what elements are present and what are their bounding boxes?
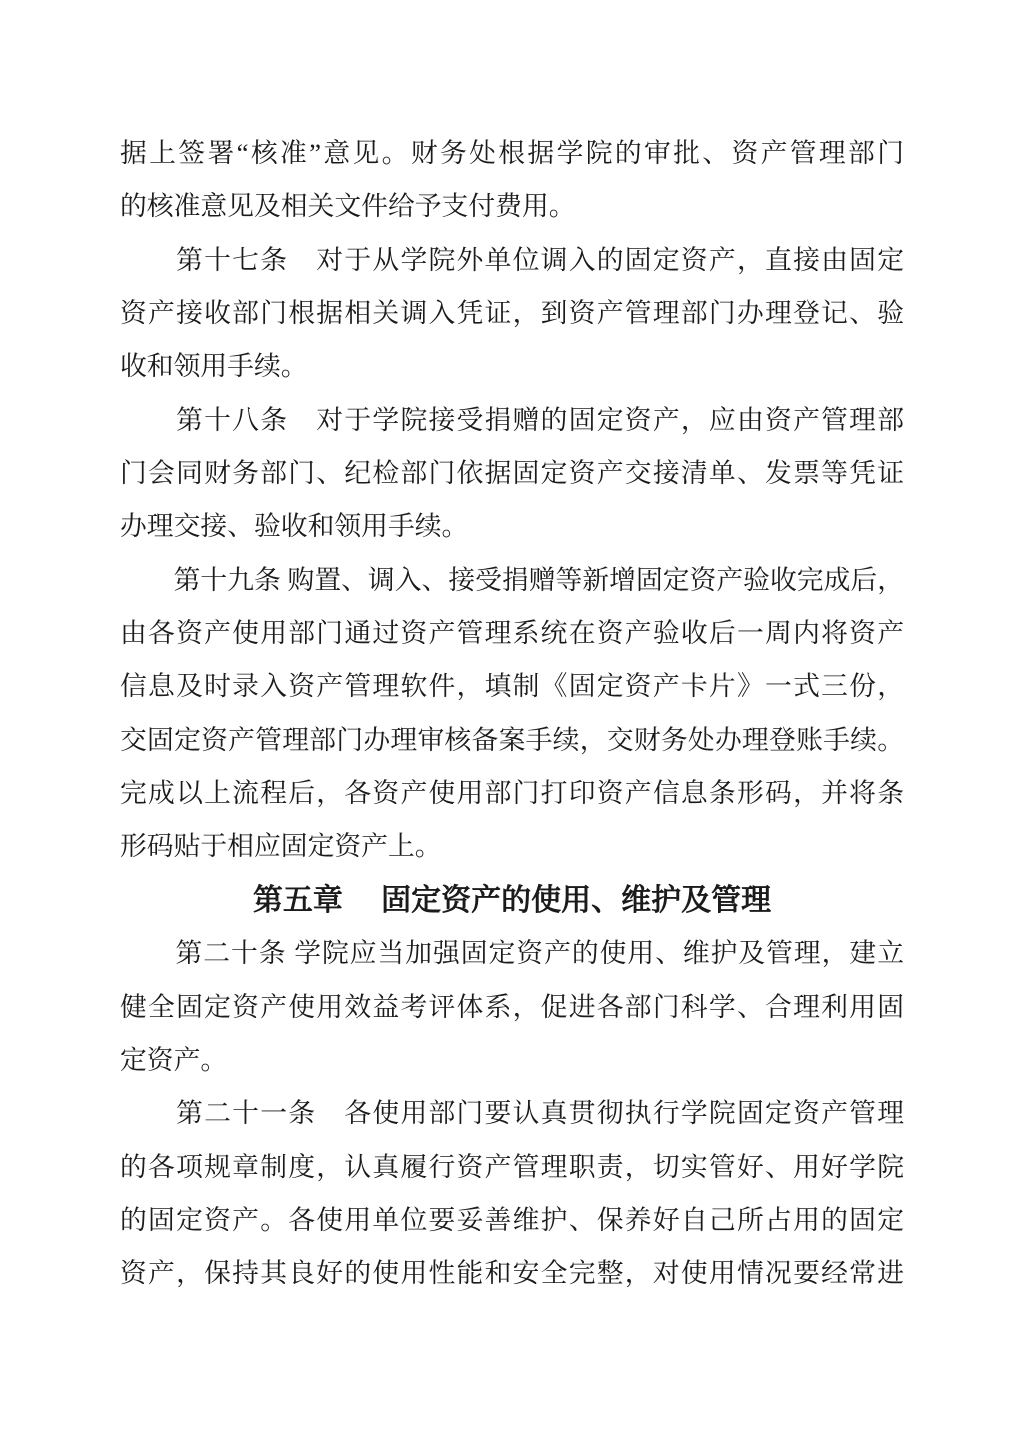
text-line: 办理交接、验收和领用手续。 — [120, 500, 904, 553]
text-line: 第十九条 购置、调入、接受捐赠等新增固定资产验收完成后， — [120, 554, 904, 607]
document-text-block: 据上签署“核准”意见。财务处根据学院的审批、资产管理部门 的核准意见及相关文件给… — [120, 127, 904, 1301]
text-line: 第二十条 学院应当加强固定资产的使用、维护及管理，建立 — [120, 927, 904, 980]
text-line: 门会同财务部门、纪检部门依据固定资产交接清单、发票等凭证 — [120, 447, 904, 500]
text-line: 健全固定资产使用效益考评体系，促进各部门科学、合理利用固 — [120, 981, 904, 1034]
text-line: 第十八条 对于学院接受捐赠的固定资产，应由资产管理部 — [120, 394, 904, 447]
text-line: 由各资产使用部门通过资产管理系统在资产验收后一周内将资产 — [120, 607, 904, 660]
text-line: 的核准意见及相关文件给予支付费用。 — [120, 180, 904, 233]
document-page: 据上签署“核准”意见。财务处根据学院的审批、资产管理部门 的核准意见及相关文件给… — [0, 0, 1024, 1448]
text-line: 资产，保持其良好的使用性能和安全完整，对使用情况要经常进 — [120, 1247, 904, 1300]
text-line: 形码贴于相应固定资产上。 — [120, 820, 904, 873]
text-line: 据上签署“核准”意见。财务处根据学院的审批、资产管理部门 — [120, 127, 904, 180]
text-line: 第二十一条 各使用部门要认真贯彻执行学院固定资产管理 — [120, 1087, 904, 1140]
text-line: 收和领用手续。 — [120, 340, 904, 393]
text-line: 资产接收部门根据相关调入凭证，到资产管理部门办理登记、验 — [120, 287, 904, 340]
text-line: 完成以上流程后，各资产使用部门打印资产信息条形码，并将条 — [120, 767, 904, 820]
text-line: 的固定资产。各使用单位要妥善维护、保养好自己所占用的固定 — [120, 1194, 904, 1247]
text-line: 交固定资产管理部门办理审核备案手续，交财务处办理登账手续。 — [120, 714, 904, 767]
chapter-heading: 第五章 固定资产的使用、维护及管理 — [120, 874, 904, 927]
text-line: 的各项规章制度，认真履行资产管理职责，切实管好、用好学院 — [120, 1141, 904, 1194]
text-line: 信息及时录入资产管理软件，填制《固定资产卡片》一式三份， — [120, 660, 904, 713]
text-line: 第十七条 对于从学院外单位调入的固定资产，直接由固定 — [120, 234, 904, 287]
text-line: 定资产。 — [120, 1034, 904, 1087]
